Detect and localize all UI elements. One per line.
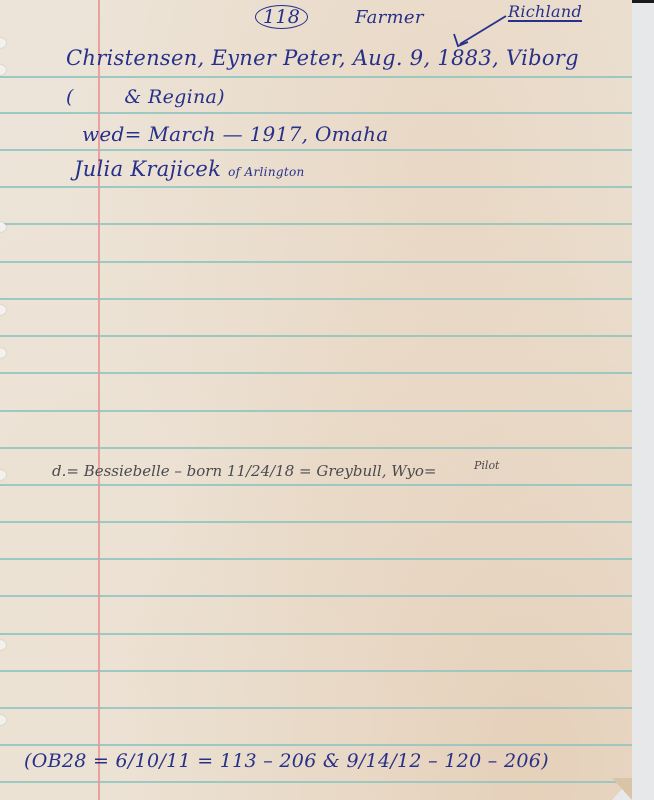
- notebook-page: 118 Farmer Richland Christensen, Eyner P…: [0, 0, 632, 800]
- rule-line: [0, 558, 632, 560]
- rule-line: [0, 670, 632, 672]
- marriage-line: wed= March — 1917, Omaha: [82, 122, 389, 146]
- rule-line: [0, 372, 632, 374]
- margin-line: [98, 0, 100, 800]
- child-annotation: Pilot: [474, 459, 499, 472]
- rule-line: [0, 112, 632, 114]
- rule-line: [0, 595, 632, 597]
- child-birth-note: d.= Bessiebelle – born 11/24/18 = Greybu…: [52, 462, 436, 480]
- rule-line: [0, 410, 632, 412]
- binder-hole: [0, 65, 6, 75]
- scanned-page-viewer: 118 Farmer Richland Christensen, Eyner P…: [0, 0, 654, 800]
- binder-hole: [0, 305, 6, 315]
- rule-line: [0, 261, 632, 263]
- rule-line: [0, 633, 632, 635]
- rule-line: [0, 707, 632, 709]
- location-note: Richland: [508, 2, 582, 21]
- page-number-circle: 118: [255, 5, 308, 29]
- binder-hole: [0, 348, 6, 358]
- spouse-name: Julia Krajicek: [74, 157, 221, 181]
- spouse-origin: of Arlington: [228, 165, 304, 179]
- rule-line: [0, 223, 632, 225]
- rule-line: [0, 744, 632, 746]
- rule-line: [0, 335, 632, 337]
- scan-edge: [632, 0, 654, 3]
- page-number: 118: [255, 4, 308, 30]
- binder-hole: [0, 222, 6, 232]
- rule-line: [0, 521, 632, 523]
- parents-line: ( & Regina): [66, 86, 225, 108]
- rule-line: [0, 781, 632, 783]
- binder-hole: [0, 38, 6, 48]
- occupation-note: Farmer: [355, 7, 424, 28]
- rule-line: [0, 447, 632, 449]
- folded-corner: [612, 778, 632, 800]
- spouse-line: Julia Krajicek of Arlington: [74, 157, 305, 181]
- binder-hole: [0, 640, 6, 650]
- checkmark-arrow-icon: [448, 14, 508, 50]
- rule-line: [0, 298, 632, 300]
- binder-hole: [0, 470, 6, 480]
- rule-line: [0, 149, 632, 151]
- binder-hole: [0, 715, 6, 725]
- rule-line: [0, 186, 632, 188]
- name-birth-line: Christensen, Eyner Peter, Aug. 9, 1883, …: [66, 46, 579, 70]
- reference-line: (OB28 = 6/10/11 = 113 – 206 & 9/14/12 – …: [24, 750, 549, 772]
- rule-line: [0, 76, 632, 78]
- rule-line: [0, 484, 632, 486]
